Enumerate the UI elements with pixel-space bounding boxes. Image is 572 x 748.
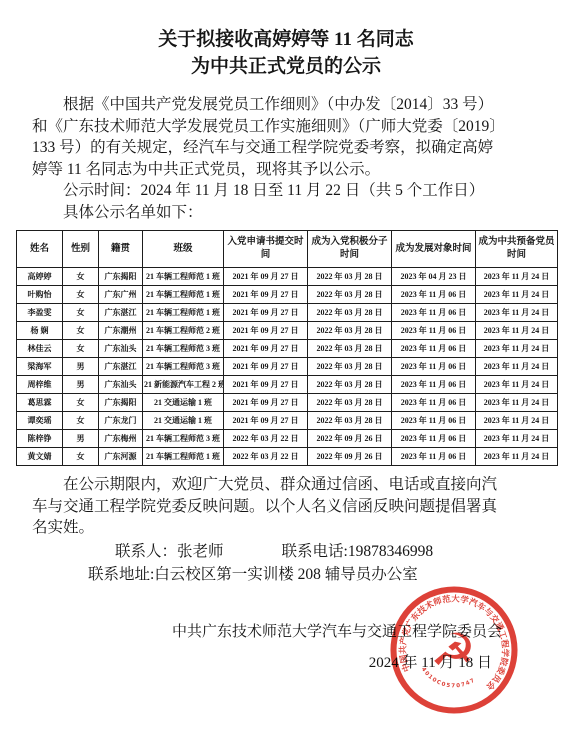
table-cell: 2021 年 09 月 27 日 xyxy=(224,304,308,322)
table-cell: 高婷婷 xyxy=(17,268,63,286)
column-header: 入党申请书提交时间 xyxy=(224,231,308,268)
table-cell: 2023 年 11 月 24 日 xyxy=(476,304,558,322)
table-row: 周梓维男广东汕头21 新能源汽车工程 2 班2021 年 09 月 27 日20… xyxy=(17,376,558,394)
table-cell: 2021 年 09 月 27 日 xyxy=(224,322,308,340)
table-cell: 2022 年 03 月 28 日 xyxy=(308,394,392,412)
table-cell: 2023 年 04 月 23 日 xyxy=(392,268,476,286)
table-cell: 2023 年 11 月 06 日 xyxy=(392,340,476,358)
publicity-period-line: 公示时间：2024 年 11 月 18 日至 11 月 22 日（共 5 个工作… xyxy=(32,180,544,202)
closing-paragraph: 在公示期限内，欢迎广大党员、群众通过信函、电话或直接向汽 车与交通工程学院党委反… xyxy=(32,474,544,539)
table-cell: 广东湛江 xyxy=(99,304,143,322)
signature-date: 2024 年 11 月 18 日 xyxy=(0,653,492,673)
table-cell: 2023 年 11 月 24 日 xyxy=(476,394,558,412)
table-cell: 21 车辆工程师范 1 班 xyxy=(143,448,224,466)
roster-table-wrap: 姓名性别籍贯班级入党申请书提交时间成为入党积极分子时间成为发展对象时间成为中共预… xyxy=(16,230,557,466)
contact-line: 联系人：张老师 联系电话:19878346998 xyxy=(115,541,572,563)
table-cell: 男 xyxy=(63,430,99,448)
table-cell: 女 xyxy=(63,340,99,358)
table-cell: 广东揭阳 xyxy=(99,268,143,286)
table-row: 陈梓铮男广东梅州21 车辆工程师范 3 班2022 年 03 月 22 日202… xyxy=(17,430,558,448)
contact-address: 联系地址:白云校区第一实训楼 208 辅导员办公室 xyxy=(88,564,572,586)
document-title: 关于拟接收高婷婷等 11 名同志 为中共正式党员的公示 xyxy=(20,26,552,80)
table-cell: 2023 年 11 月 24 日 xyxy=(476,448,558,466)
table-cell: 2023 年 11 月 24 日 xyxy=(476,340,558,358)
table-cell: 2023 年 11 月 24 日 xyxy=(476,376,558,394)
table-cell: 黄文婧 xyxy=(17,448,63,466)
table-header-row: 姓名性别籍贯班级入党申请书提交时间成为入党积极分子时间成为发展对象时间成为中共预… xyxy=(17,231,558,268)
table-cell: 21 车辆工程师范 1 班 xyxy=(143,286,224,304)
table-cell: 2022 年 03 月 22 日 xyxy=(224,430,308,448)
table-cell: 广东河源 xyxy=(99,448,143,466)
table-cell: 2022 年 09 月 26 日 xyxy=(308,430,392,448)
table-row: 叶购怡女广东广州21 车辆工程师范 1 班2021 年 09 月 27 日202… xyxy=(17,286,558,304)
table-cell: 2023 年 11 月 24 日 xyxy=(476,286,558,304)
table-cell: 2023 年 11 月 24 日 xyxy=(476,430,558,448)
table-cell: 2022 年 03 月 28 日 xyxy=(308,268,392,286)
table-cell: 2021 年 09 月 27 日 xyxy=(224,340,308,358)
table-cell: 2022 年 03 月 22 日 xyxy=(224,448,308,466)
table-cell: 2022 年 03 月 28 日 xyxy=(308,286,392,304)
table-cell: 2023 年 11 月 06 日 xyxy=(392,394,476,412)
table-cell: 女 xyxy=(63,322,99,340)
table-cell: 女 xyxy=(63,448,99,466)
table-cell: 广东广州 xyxy=(99,286,143,304)
table-cell: 2022 年 03 月 28 日 xyxy=(308,376,392,394)
seal-graphic: 中国共产党广东技术师范大学汽车与交通工程学院委员会 ☭ 4010C0570747 xyxy=(388,584,520,716)
table-cell: 2022 年 09 月 26 日 xyxy=(308,448,392,466)
table-cell: 广东潮州 xyxy=(99,322,143,340)
table-cell: 周梓维 xyxy=(17,376,63,394)
table-row: 梁海军男广东湛江21 车辆工程师范 3 班2021 年 09 月 27 日202… xyxy=(17,358,558,376)
table-cell: 2023 年 11 月 24 日 xyxy=(476,358,558,376)
intro-paragraph: 根据《中国共产党发展党员工作细则》（中办发〔2014〕33 号） 和《广东技术师… xyxy=(32,94,544,180)
table-cell: 2021 年 09 月 27 日 xyxy=(224,394,308,412)
table-cell: 2023 年 11 月 06 日 xyxy=(392,430,476,448)
table-cell: 2023 年 11 月 24 日 xyxy=(476,322,558,340)
table-cell: 2023 年 11 月 06 日 xyxy=(392,304,476,322)
roster-table: 姓名性别籍贯班级入党申请书提交时间成为入党积极分子时间成为发展对象时间成为中共预… xyxy=(16,230,558,466)
table-cell: 2023 年 11 月 06 日 xyxy=(392,448,476,466)
table-cell: 女 xyxy=(63,304,99,322)
table-cell: 葛思霖 xyxy=(17,394,63,412)
seal-ring xyxy=(388,584,520,716)
column-header: 成为入党积极分子时间 xyxy=(308,231,392,268)
table-row: 杨 娴女广东潮州21 车辆工程师范 2 班2021 年 09 月 27 日202… xyxy=(17,322,558,340)
table-cell: 2021 年 09 月 27 日 xyxy=(224,268,308,286)
roster-table-body: 高婷婷女广东揭阳21 车辆工程师范 1 班2021 年 09 月 27 日202… xyxy=(17,268,558,466)
table-cell: 李盈雯 xyxy=(17,304,63,322)
table-cell: 广东梅州 xyxy=(99,430,143,448)
table-cell: 林佳云 xyxy=(17,340,63,358)
table-cell: 广东汕头 xyxy=(99,376,143,394)
table-row: 谭奕瑶女广东龙门21 交通运输 1 班2021 年 09 月 27 日2022 … xyxy=(17,412,558,430)
column-header: 成为中共预备党员时间 xyxy=(476,231,558,268)
list-intro-line: 具体公示名单如下： xyxy=(32,202,544,224)
column-header: 性别 xyxy=(63,231,99,268)
column-header: 姓名 xyxy=(17,231,63,268)
table-cell: 2021 年 09 月 27 日 xyxy=(224,412,308,430)
table-cell: 女 xyxy=(63,394,99,412)
table-cell: 21 车辆工程师范 3 班 xyxy=(143,340,224,358)
table-cell: 21 车辆工程师范 1 班 xyxy=(143,268,224,286)
table-row: 葛思霖女广东揭阳21 交通运输 1 班2021 年 09 月 27 日2022 … xyxy=(17,394,558,412)
table-cell: 2021 年 09 月 27 日 xyxy=(224,358,308,376)
contact-person: 联系人：张老师 xyxy=(115,541,224,563)
contact-phone: 联系电话:19878346998 xyxy=(282,541,434,563)
table-cell: 广东湛江 xyxy=(99,358,143,376)
table-row: 李盈雯女广东湛江21 车辆工程师范 1 班2021 年 09 月 27 日202… xyxy=(17,304,558,322)
table-cell: 广东揭阳 xyxy=(99,394,143,412)
table-cell: 21 车辆工程师范 3 班 xyxy=(143,430,224,448)
table-cell: 梁海军 xyxy=(17,358,63,376)
table-cell: 2022 年 03 月 28 日 xyxy=(308,412,392,430)
roster-table-head: 姓名性别籍贯班级入党申请书提交时间成为入党积极分子时间成为发展对象时间成为中共预… xyxy=(17,231,558,268)
table-cell: 2022 年 03 月 28 日 xyxy=(308,358,392,376)
table-cell: 女 xyxy=(63,412,99,430)
column-header: 班级 xyxy=(143,231,224,268)
table-cell: 2023 年 11 月 06 日 xyxy=(392,358,476,376)
signature-org: 中共广东技术师范大学汽车与交通工程学院委员会 xyxy=(0,622,502,642)
table-cell: 2021 年 09 月 27 日 xyxy=(224,286,308,304)
table-row: 高婷婷女广东揭阳21 车辆工程师范 1 班2021 年 09 月 27 日202… xyxy=(17,268,558,286)
document-page: 关于拟接收高婷婷等 11 名同志 为中共正式党员的公示 根据《中国共产党发展党员… xyxy=(0,0,572,748)
table-cell: 男 xyxy=(63,358,99,376)
table-cell: 21 交通运输 1 班 xyxy=(143,412,224,430)
table-cell: 2022 年 03 月 28 日 xyxy=(308,304,392,322)
table-cell: 2022 年 03 月 28 日 xyxy=(308,340,392,358)
table-cell: 谭奕瑶 xyxy=(17,412,63,430)
table-cell: 2023 年 11 月 24 日 xyxy=(476,268,558,286)
table-row: 林佳云女广东汕头21 车辆工程师范 3 班2021 年 09 月 27 日202… xyxy=(17,340,558,358)
table-cell: 2023 年 11 月 06 日 xyxy=(392,322,476,340)
table-cell: 陈梓铮 xyxy=(17,430,63,448)
table-cell: 2021 年 09 月 27 日 xyxy=(224,376,308,394)
table-cell: 21 车辆工程师范 2 班 xyxy=(143,322,224,340)
table-cell: 2023 年 11 月 06 日 xyxy=(392,412,476,430)
table-cell: 女 xyxy=(63,268,99,286)
table-cell: 2023 年 11 月 24 日 xyxy=(476,412,558,430)
table-cell: 2022 年 03 月 28 日 xyxy=(308,322,392,340)
table-cell: 21 交通运输 1 班 xyxy=(143,394,224,412)
column-header: 成为发展对象时间 xyxy=(392,231,476,268)
official-seal: 中国共产党广东技术师范大学汽车与交通工程学院委员会 ☭ 4010C0570747 xyxy=(388,584,520,716)
table-cell: 2023 年 11 月 06 日 xyxy=(392,376,476,394)
table-cell: 21 新能源汽车工程 2 班 xyxy=(143,376,224,394)
table-cell: 女 xyxy=(63,286,99,304)
table-cell: 男 xyxy=(63,376,99,394)
table-cell: 21 车辆工程师范 1 班 xyxy=(143,304,224,322)
table-cell: 广东汕头 xyxy=(99,340,143,358)
table-cell: 杨 娴 xyxy=(17,322,63,340)
table-cell: 广东龙门 xyxy=(99,412,143,430)
table-cell: 叶购怡 xyxy=(17,286,63,304)
table-row: 黄文婧女广东河源21 车辆工程师范 1 班2022 年 03 月 22 日202… xyxy=(17,448,558,466)
table-cell: 21 车辆工程师范 3 班 xyxy=(143,358,224,376)
table-cell: 2023 年 11 月 06 日 xyxy=(392,286,476,304)
column-header: 籍贯 xyxy=(99,231,143,268)
